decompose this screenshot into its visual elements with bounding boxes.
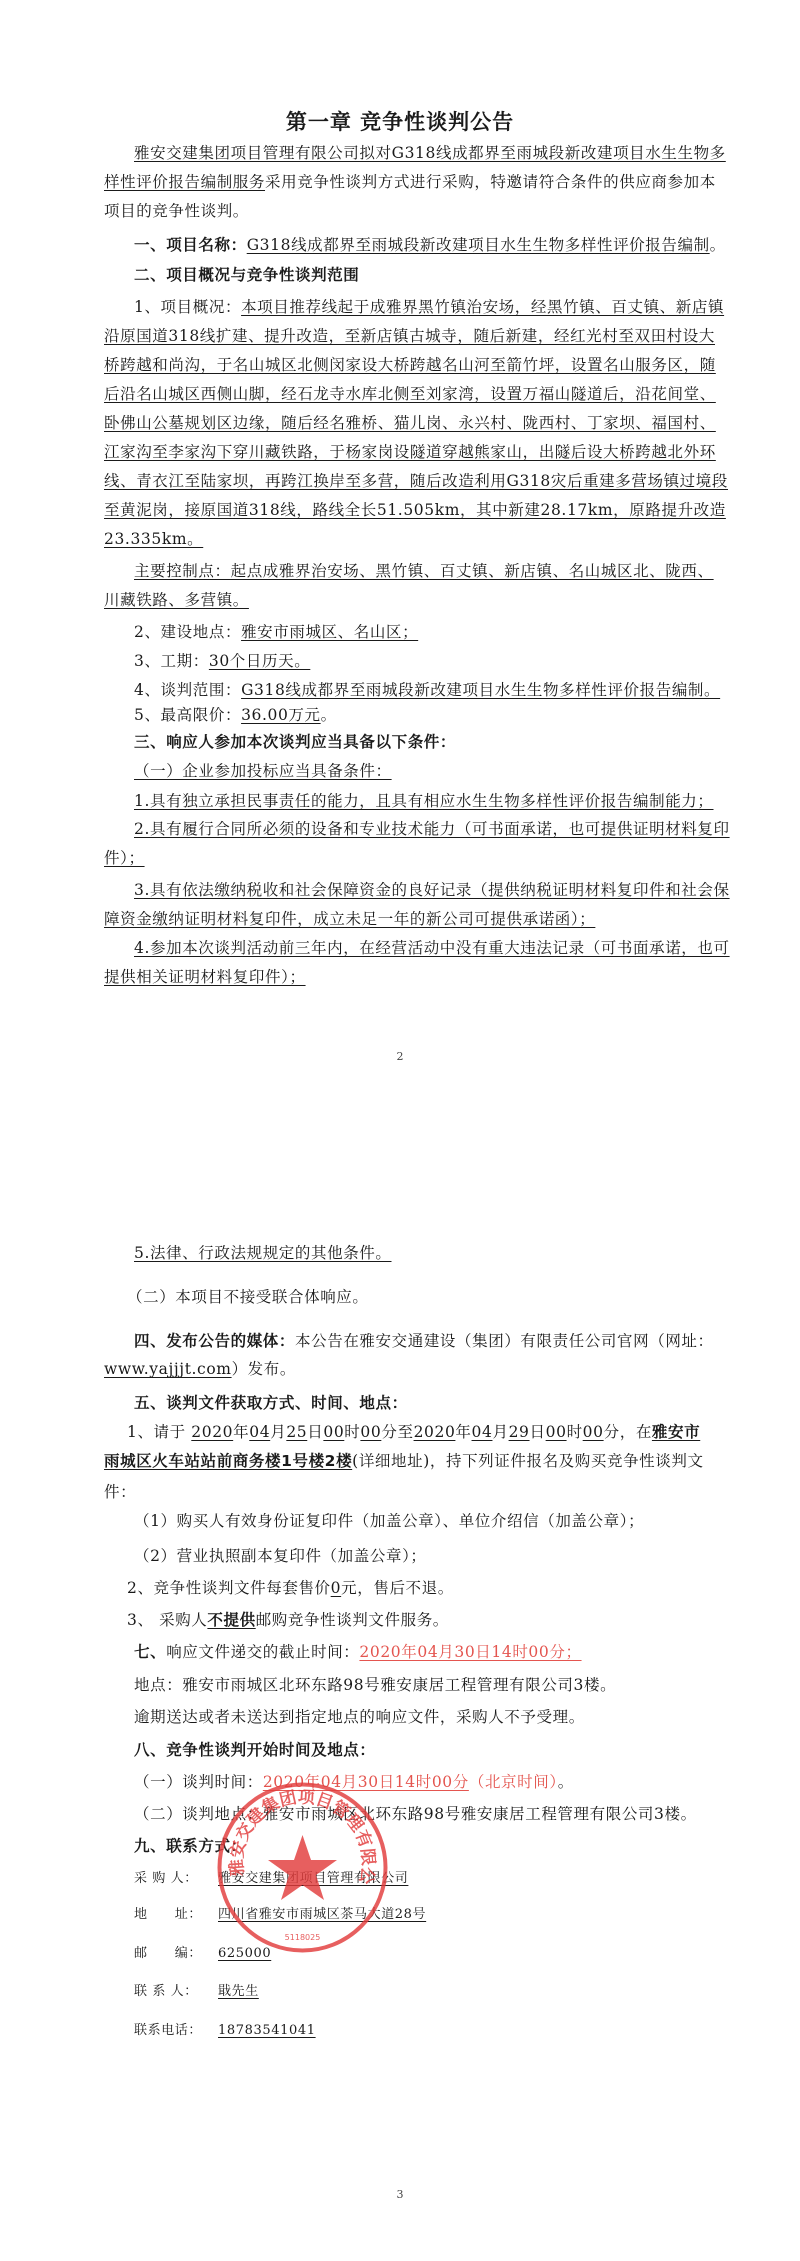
overview-line-8: 23.335km。 — [104, 529, 704, 549]
control-points-line-2: 川藏铁路、多营镇。 — [104, 590, 704, 610]
contact-address: 地 址：四川省雅安市雨城区茶马大道28号 — [134, 1905, 734, 1925]
overview-line-2: 桥跨越和尚沟，于名山城区北侧闵家设大桥跨越名山河至箭竹坪，设置名山服务区，随 — [104, 355, 704, 375]
acquisition-place-end: 件： — [104, 1482, 704, 1502]
page-3: 5.法律、行政法规规定的其他条件。 （二）本项目不接受联合体响应。 四、发布公告… — [0, 1090, 800, 2261]
website-link[interactable]: www.yajjjt.com — [104, 1360, 232, 1378]
section-5-heading: 五、谈判文件获取方式、时间、地点： — [134, 1393, 734, 1413]
negotiation-time: （一）谈判时间：2020年04月30日14时00分（北京时间）。 — [134, 1772, 734, 1792]
mail-order-note: 3、 采购人不提供邮购竞争性谈判文件服务。 — [127, 1610, 727, 1630]
acquisition-time: 1、请于 2020年04月25日00时00分至2020年04月29日00时00分… — [127, 1422, 727, 1442]
section-8-heading: 八、竞争性谈判开始时间及地点： — [134, 1740, 734, 1760]
control-points-line-1: 主要控制点：起点成雅界治安场、黑竹镇、百丈镇、新店镇、名山城区北、陇西、 — [134, 561, 734, 581]
document-price: 2、竞争性谈判文件每套售价0元，售后不退。 — [127, 1578, 727, 1598]
max-price: 5、最高限价：36.00万元。 — [134, 705, 734, 725]
requirement-4-cont: 提供相关证明材料复印件）； — [104, 967, 704, 987]
construction-location: 2、建设地点：雅安市雨城区、名山区； — [134, 622, 734, 642]
required-doc-2: （2）营业执照副本复印件（加盖公章）； — [134, 1546, 734, 1566]
requirement-4: 4.参加本次谈判活动前三年内，在经营活动中没有重大违法记录（可书面承诺，也可 — [134, 938, 734, 958]
requirement-5: 5.法律、行政法规规定的其他条件。 — [134, 1243, 734, 1263]
overview-line-4: 卧佛山公墓规划区边缘，随后经名雅桥、猫儿岗、永兴村、陇西村、丁家坝、福国村、 — [104, 413, 704, 433]
intro-line-2: 样性评价报告编制服务采用竞争性谈判方式进行采购，特邀请符合条件的供应商参加本 — [104, 172, 704, 192]
contact-purchaser: 采 购 人：雅安交建集团项目管理有限公司 — [134, 1869, 734, 1889]
overview-line-7: 至黄泥岗，接原国道318线，路线全长51.505km，其中新建28.17km，原… — [104, 500, 704, 520]
contact-phone: 联系电话：18783541041 — [134, 2021, 734, 2041]
contact-postcode: 邮 编：625000 — [134, 1944, 734, 1964]
requirement-2: 2.具有履行合同所必须的设备和专业技术能力（可书面承诺，也可提供证明材料复印 — [134, 819, 734, 839]
submission-location: 地点：雅安市雨城区北环东路98号雅安康居工程管理有限公司3楼。 — [134, 1675, 734, 1695]
page-number: 3 — [0, 2188, 800, 2201]
intro-line-1: 雅安交建集团项目管理有限公司拟对G318线成都界至雨城段新改建项目水生生物多 — [134, 143, 734, 163]
overview-line-3: 后沿名山城区西侧山脚，经石龙寺水库北侧至刘家湾，设置万福山隧道后，沿花间堂、 — [104, 384, 704, 404]
section-9-heading: 九、联系方式： — [134, 1836, 734, 1856]
project-name: 一、项目名称：G318线成都界至雨城段新改建项目水生生物多样性评价报告编制。 — [134, 235, 734, 255]
requirements-subheading-2: （二）本项目不接受联合体响应。 — [127, 1287, 727, 1307]
section-2-heading: 二、项目概况与竞争性谈判范围 — [134, 265, 734, 285]
late-submission-note: 逾期送达或者未送达到指定地点的响应文件，采购人不予受理。 — [134, 1707, 734, 1727]
requirement-2-cont: 件）； — [104, 848, 704, 868]
requirement-3: 3.具有依法缴纳税收和社会保障资金的良好记录（提供纳税证明材料复印件和社会保 — [134, 880, 734, 900]
page-2: 第一章 竞争性谈判公告 雅安交建集团项目管理有限公司拟对G318线成都界至雨城段… — [0, 0, 800, 1090]
publication-media: 四、发布公告的媒体：本公告在雅安交通建设（集团）有限责任公司官网（网址： — [134, 1331, 734, 1351]
overview-line-5: 江家沟至李家沟下穿川藏铁路，于杨家岗设隧道穿越熊家山，出隧后设大桥跨越北外环 — [104, 442, 704, 462]
page-title: 第一章 竞争性谈判公告 — [0, 106, 800, 136]
intro-line-3: 项目的竞争性谈判。 — [104, 201, 704, 221]
requirements-subheading-1: （一）企业参加投标应当具备条件： — [134, 761, 734, 781]
publication-url-line: www.yajjjt.com）发布。 — [104, 1359, 704, 1379]
page-number: 2 — [0, 1050, 800, 1063]
acquisition-place: 雨城区火车站站前商务楼1号楼2楼(详细地址)，持下列证件报名及购买竞争性谈判文 — [104, 1451, 704, 1471]
overview-line-6: 线、青衣江至陆家坝，再跨江换岸至多营，随后改造利用G318灾后重建多营场镇过境段 — [104, 471, 704, 491]
requirement-3-cont: 障资金缴纳证明材料复印件，成立未足一年的新公司可提供承诺函）； — [104, 909, 704, 929]
submission-deadline: 七、响应文件递交的截止时间：2020年04月30日14时00分； — [134, 1642, 734, 1662]
construction-period: 3、工期：30个日历天。 — [134, 651, 734, 671]
overview-line-0: 1、项目概况：本项目推荐线起于成雅界黑竹镇治安场，经黑竹镇、百丈镇、新店镇 — [134, 297, 734, 317]
negotiation-place: （二）谈判地点：雅安市雨城区北环东路98号雅安康居工程管理有限公司3楼。 — [134, 1804, 734, 1824]
requirement-1: 1.具有独立承担民事责任的能力，且具有相应水生生物多样性评价报告编制能力； — [134, 791, 734, 811]
required-doc-1: （1）购买人有效身份证复印件（加盖公章）、单位介绍信（加盖公章）； — [134, 1511, 734, 1531]
contact-person: 联 系 人：戢先生 — [134, 1982, 734, 2002]
overview-line-1: 沿原国道318线扩建、提升改造，至新店镇古城寺，随后新建，经红光村至双田村设大 — [104, 326, 704, 346]
section-3-heading: 三、响应人参加本次谈判应当具备以下条件： — [134, 732, 734, 752]
negotiation-scope: 4、谈判范围：G318线成都界至雨城段新改建项目水生生物多样性评价报告编制。 — [134, 680, 734, 700]
